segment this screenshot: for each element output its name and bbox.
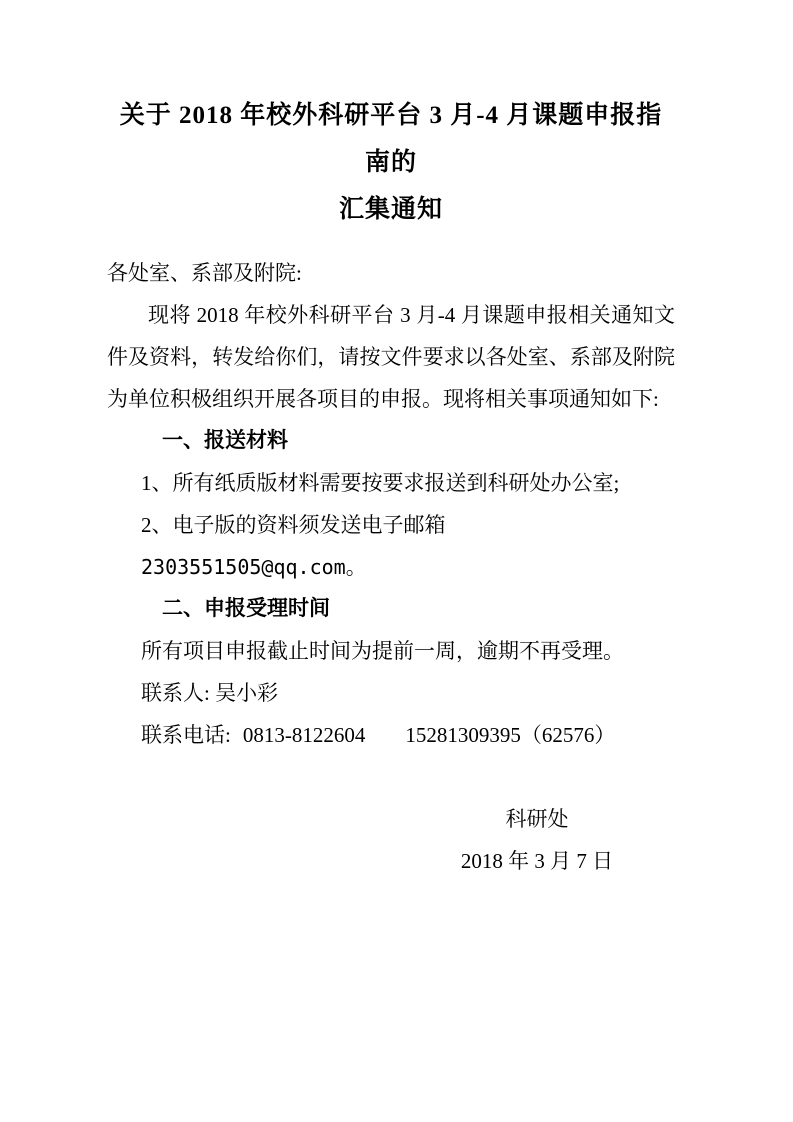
section-1-item-2: 2、电子版的资料须发送电子邮箱 2303551505@qq.com。 <box>141 504 675 588</box>
document-title-line2: 汇集通知 <box>339 196 443 223</box>
document-page: 关于 2018 年校外科研平台 3 月-4 月课题申报指南的 汇集通知 各处室、… <box>0 0 793 1122</box>
section-2-heading: 二、申报受理时间 <box>162 588 675 630</box>
section-1-item-1: 1、所有纸质版材料需要按要求报送到科研处办公室; <box>141 462 675 504</box>
phone-label: 联系电话: <box>141 723 231 747</box>
item-2-text: 2、电子版的资料须发送电子邮箱 <box>141 513 446 537</box>
deadline-paragraph: 所有项目申报截止时间为提前一周，逾期不再受理。 <box>141 630 675 672</box>
intro-paragraph: 现将 2018 年校外科研平台 3 月-4 月课题申报相关通知文件及资料，转发给… <box>107 294 675 420</box>
contact-phone: 联系电话:0813-812260415281309395（62576） <box>141 714 675 756</box>
document-content: 关于 2018 年校外科研平台 3 月-4 月课题申报指南的 汇集通知 各处室、… <box>0 92 793 882</box>
signature-date: 2018 年 3 月 7 日 <box>437 840 637 882</box>
contact-person: 联系人: 吴小彩 <box>141 672 675 714</box>
section-1-heading: 一、报送材料 <box>162 420 675 462</box>
document-title-line1: 关于 2018 年校外科研平台 3 月-4 月课题申报指南的 <box>120 102 663 176</box>
phone-number-2: 15281309395（62576） <box>405 723 615 747</box>
document-body: 各处室、系部及附院: 现将 2018 年校外科研平台 3 月-4 月课题申报相关… <box>107 252 675 882</box>
phone-number-1: 0813-8122604 <box>243 723 366 747</box>
item-2-period: 。 <box>346 555 367 579</box>
salutation: 各处室、系部及附院: <box>107 252 675 294</box>
email-address: 2303551505@qq.com <box>141 555 346 579</box>
document-title: 关于 2018 年校外科研平台 3 月-4 月课题申报指南的 汇集通知 <box>107 92 675 233</box>
signature-block: 科研处 2018 年 3 月 7 日 <box>437 798 637 882</box>
signature-department: 科研处 <box>437 798 637 840</box>
